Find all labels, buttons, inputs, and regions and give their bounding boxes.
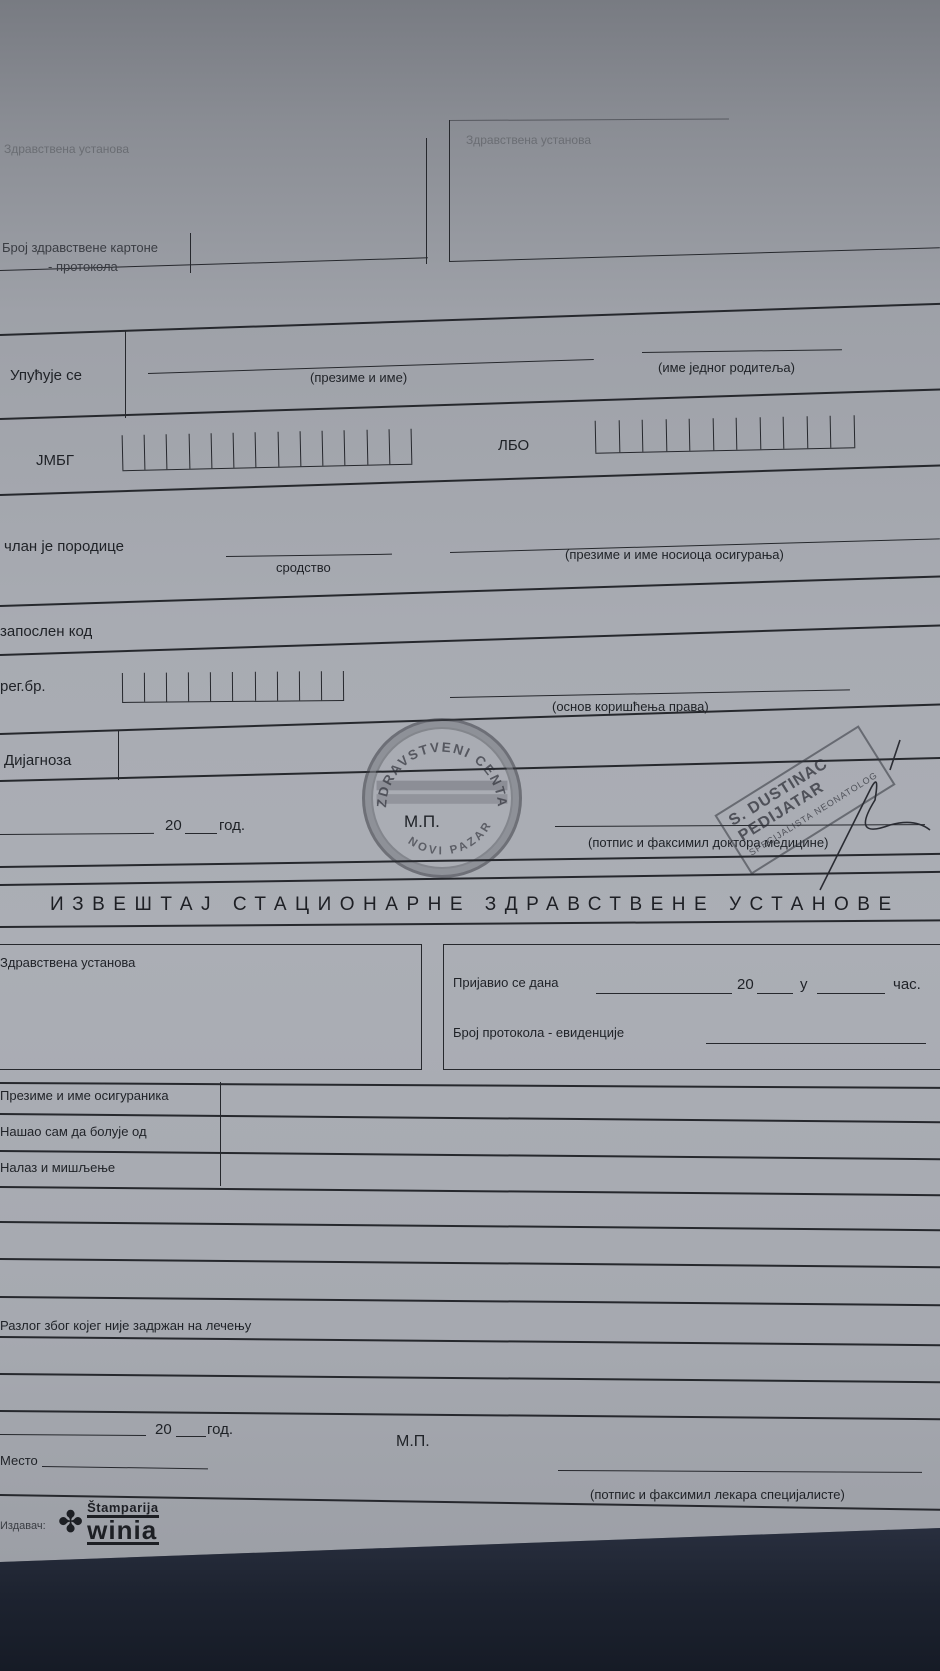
- refers-label: Упућује се: [10, 367, 82, 384]
- specialist-signature-caption: (потпис и факсимил лекара специјалисте): [590, 1487, 845, 1502]
- reception-box: [443, 944, 940, 1070]
- header-left-box-right-border: [426, 138, 427, 264]
- protocol-label: Број протокола - евиденције: [453, 1025, 624, 1040]
- digit-cell[interactable]: [759, 417, 783, 449]
- rows-divider: [220, 1082, 221, 1186]
- card-number-divider: [190, 233, 191, 273]
- lbo-label: ЛБО: [498, 437, 529, 454]
- hour-line[interactable]: [817, 993, 885, 994]
- hour-label: час.: [893, 976, 921, 993]
- report-row-label: Презиме и име осигураника: [0, 1088, 169, 1103]
- digit-cell[interactable]: [807, 416, 831, 448]
- round-stamp-text: ZDRAVSTVENI CENTAR NOVI PAZAR: [365, 721, 519, 875]
- digit-cell[interactable]: [783, 416, 807, 448]
- reported-on-label: Пријавио се дана: [453, 975, 559, 990]
- digit-cell[interactable]: [736, 417, 760, 449]
- digit-cell[interactable]: [299, 431, 322, 466]
- diagnosis-label: Дијагноза: [4, 752, 71, 769]
- report-date-year-suffix: год.: [207, 1421, 233, 1438]
- reg-no-label: рег.бр.: [0, 678, 46, 695]
- year-prefix: 20: [165, 817, 182, 834]
- name-caption: (презиме и име): [310, 370, 407, 385]
- year-field-line[interactable]: [185, 833, 217, 834]
- header-right-box-label: Здравствена установа: [466, 133, 591, 147]
- digit-cell[interactable]: [299, 671, 321, 700]
- digit-cell[interactable]: [166, 672, 188, 701]
- digit-cell[interactable]: [233, 432, 256, 467]
- digit-cell[interactable]: [388, 429, 412, 465]
- header-right-box-left-border: [449, 120, 450, 262]
- digit-cell[interactable]: [188, 433, 211, 468]
- report-seal-label: М.П.: [396, 1433, 430, 1451]
- report-date-year-line[interactable]: [176, 1436, 206, 1437]
- protocol-line[interactable]: [706, 1043, 926, 1044]
- relation-caption: сродство: [276, 560, 331, 575]
- report-row-label: Нашао сам да болује од: [0, 1124, 147, 1139]
- report-row-label: Налаз и мишљење: [0, 1160, 115, 1175]
- digit-cell[interactable]: [665, 419, 689, 451]
- digit-cell[interactable]: [122, 435, 145, 470]
- card-number-label-2: - протокола: [48, 259, 118, 274]
- digit-cell[interactable]: [210, 672, 232, 701]
- digit-cell[interactable]: [211, 433, 234, 468]
- header-left-box-label: Здравствена установа: [4, 142, 129, 156]
- digit-cell[interactable]: [255, 432, 278, 467]
- digit-cell[interactable]: [166, 434, 189, 469]
- digit-cell[interactable]: [344, 430, 367, 465]
- employed-at-label: запослен код: [0, 623, 92, 640]
- reported-date-line[interactable]: [596, 993, 732, 994]
- digit-cell[interactable]: [188, 672, 210, 701]
- logo-top-text: Štamparija: [87, 1500, 158, 1515]
- digit-cell[interactable]: [277, 671, 299, 700]
- refers-divider: [125, 330, 126, 418]
- jmbg-label: ЈМБГ: [36, 452, 74, 469]
- reason-label: Разлог због којег није задржан на лечењу: [0, 1318, 251, 1333]
- digit-cell[interactable]: [689, 418, 713, 450]
- digit-cell[interactable]: [277, 431, 300, 466]
- place-label: Место: [0, 1453, 38, 1468]
- year-suffix: год.: [219, 817, 245, 834]
- family-member-label: члан је породице: [4, 538, 124, 555]
- at-label: у: [800, 976, 808, 993]
- round-stamp: ZDRAVSTVENI CENTAR NOVI PAZAR: [362, 718, 522, 878]
- digit-cell[interactable]: [642, 419, 666, 451]
- digit-cell[interactable]: [321, 671, 344, 700]
- publisher-logo: ✤ Štamparija winia: [58, 1500, 159, 1545]
- digit-cell[interactable]: [366, 429, 389, 464]
- diagnosis-divider: [118, 730, 119, 780]
- insured-holder-caption: (презиме и име носиоца осигурања): [565, 547, 784, 562]
- digit-cell[interactable]: [232, 672, 254, 701]
- report-year-line[interactable]: [757, 993, 793, 994]
- digit-cell[interactable]: [595, 420, 619, 452]
- card-number-label: Број здравствене картоне: [2, 240, 158, 255]
- report-year-prefix: 20: [737, 976, 754, 993]
- institution-label: Здравствена установа: [0, 955, 135, 970]
- lbo-input[interactable]: [595, 415, 856, 453]
- reg-no-input[interactable]: [122, 671, 344, 703]
- parent-caption: (име једног родитеља): [658, 360, 795, 375]
- logo-main-text: winia: [87, 1515, 158, 1545]
- digit-cell[interactable]: [122, 673, 144, 702]
- digit-cell[interactable]: [322, 430, 345, 465]
- digit-cell[interactable]: [712, 418, 736, 450]
- digit-cell[interactable]: [144, 673, 166, 702]
- digit-cell[interactable]: [618, 420, 642, 452]
- digit-cell[interactable]: [254, 672, 276, 701]
- digit-cell[interactable]: [830, 415, 855, 448]
- report-date-year-prefix: 20: [155, 1421, 172, 1438]
- svg-text:NOVI PAZAR: NOVI PAZAR: [406, 818, 495, 857]
- jmbg-input[interactable]: [122, 429, 413, 472]
- report-title: ИЗВЕШТАЈ СТАЦИОНАРНЕ ЗДРАВСТВЕНЕ УСТАНОВ…: [50, 894, 900, 916]
- digit-cell[interactable]: [144, 434, 167, 469]
- publisher-label: Издавач:: [0, 1520, 46, 1532]
- clover-icon: ✤: [58, 1508, 83, 1538]
